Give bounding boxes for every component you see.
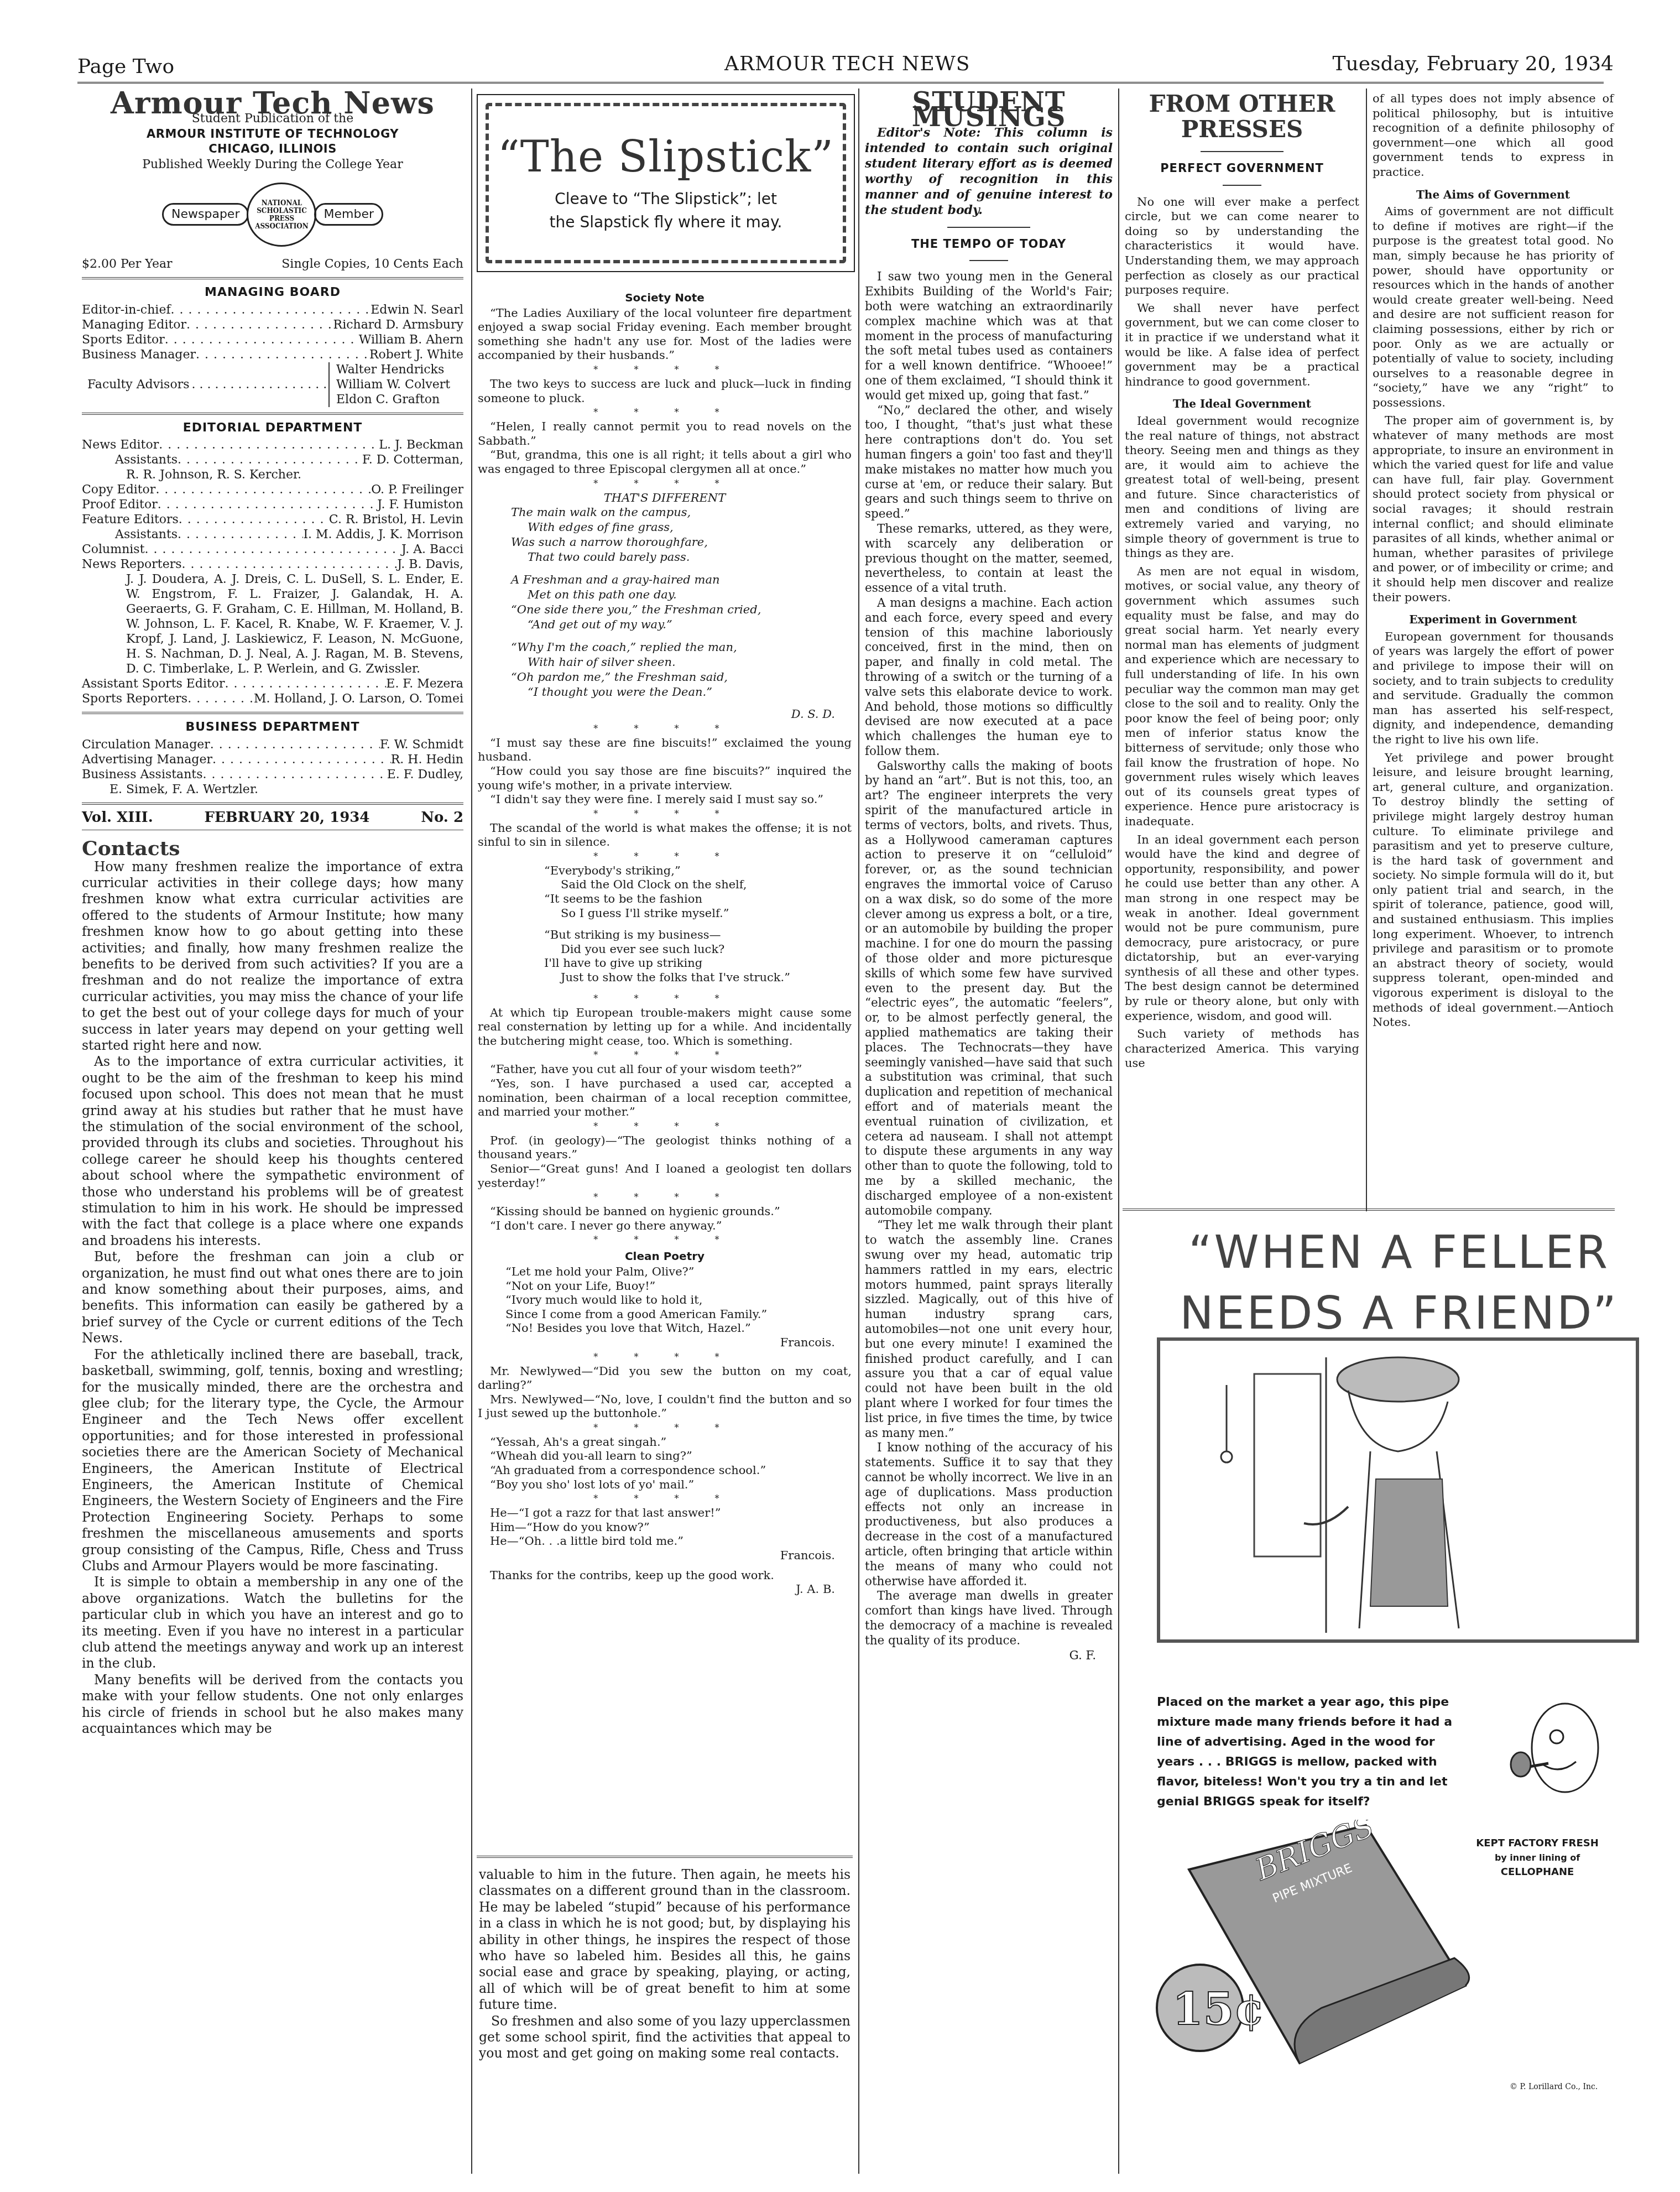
joke-luck: The two keys to success are luck and plu… [478,377,852,405]
paragraph: of all types does not imply absence of p… [1373,91,1614,180]
staff-role: Assistants [115,452,178,467]
column-divider [1118,88,1119,2174]
editors-note: Editor's Note: This column is intended t… [865,125,1113,218]
staff-role: News Editor [82,438,159,452]
ad-copyright: © P. Lorillard Co., Inc. [1510,2082,1598,2091]
joke-geologist: Senior—“Great guns! And I loaned a geolo… [478,1162,852,1190]
verse-line: “And get out of my way.” [511,617,852,632]
staff-name: F. D. Cotterman, [362,452,463,467]
page-number: Page Two [77,55,174,78]
staff-name: I. M. Addis, J. K. Morrison [303,527,463,542]
separator-stars: * * * * [478,808,852,820]
staff-row: AssistantsF. D. Cotterman, [82,452,463,467]
staff-role: Circulation Manager [82,737,210,752]
verse-line: “Let me hold your Palm, Olive?” [505,1265,852,1279]
paragraph: How many freshmen realize the importance… [82,859,463,1054]
clean-poetry-heading: Clean Poetry [478,1249,852,1264]
staff-name: J. A. Bacci [401,542,463,557]
verse-line: “Not on your Life, Buoy!” [505,1279,852,1294]
dialogue-line: Him—“How do you know?” [490,1521,852,1535]
perfect-government-article: No one will ever make a perfect circle, … [1125,195,1359,1071]
stanza: A Freshman and a gray-haired manMet on t… [511,572,852,632]
joke-biscuits: “How could you say those are fine biscui… [478,764,852,793]
verse-line: Did you ever see such luck? [544,943,852,957]
subscription-prices: $2.00 Per Year Single Copies, 10 Cents E… [82,257,463,272]
ad-copy: Placed on the market a year ago, this pi… [1157,1693,1467,1812]
staff-role: News Reporters [82,557,181,572]
paragraph: Galsworthy calls the making of boots by … [865,759,1113,1219]
article-signature: G. F. [865,1649,1113,1664]
paragraph: valuable to him in the future. Then agai… [479,1867,851,2013]
paragraph: But, before the freshman can join a club… [82,1249,463,1346]
column-divider [1366,88,1367,1211]
joke-biscuits: “I didn't say they were fine. I merely s… [478,793,852,807]
verse-line: “I thought you were the Dean.” [511,685,852,700]
issue-number: No. 2 [421,810,463,826]
staff-row: Feature EditorsC. R. Bristol, H. Levin [82,512,463,527]
staff-name: Edwin N. Searl [371,303,463,317]
contacts-article: How many freshmen realize the importance… [82,859,463,1737]
staff-role: Columnist [82,542,144,557]
paragraph: Many benefits will be derived from the c… [82,1672,463,1737]
poem-title: THAT'S DIFFERENT [478,491,852,506]
joke-european: At which tip European trouble-makers mig… [478,1006,852,1049]
clean-poetry: “Let me hold your Palm, Olive?”“Not on y… [478,1265,852,1336]
staff-role: Editor-in-chief [82,303,171,317]
verse-line: With hair of silver sheen. [511,655,852,670]
dialogue-line: “Boy you sho' lost lots of yo' mail.” [490,1478,852,1492]
paragraph: “No,” declared the other, and wisely too… [865,404,1113,522]
verse-line: Said the Old Clock on the shelf, [544,878,852,892]
staff-role: Advertising Manager [82,752,212,767]
student-musings-title: STUDENT MUSINGS [865,95,1113,125]
slipstick-motto: Cleave to “The Slipstick”; let the Slaps… [550,188,782,234]
ad-headline: “WHEN A FELLER NEEDS A FRIEND” [1156,1222,1642,1344]
masthead-title: Armour Tech News [82,96,463,111]
staff-name: J. F. Humiston [377,497,463,512]
staff-row: AssistantsI. M. Addis, J. K. Morrison [82,527,463,542]
paragraph: Such variety of methods has characterize… [1125,1027,1359,1071]
poem-signature: Francois. [478,1549,852,1563]
price-per-year: $2.00 Per Year [82,257,173,272]
subsection-heading: Experiment in Government [1373,612,1614,627]
staff-name: F. W. Schmidt [380,737,463,752]
quote-scandal: The scandal of the world is what makes t… [478,821,852,850]
paragraph: It is simple to obtain a membership in a… [82,1574,463,1672]
staff-row: News ReportersJ. B. Davis, [82,557,463,572]
verse-line: “Everybody's striking,” [544,864,852,878]
tempo-of-today-article: I saw two young men in the General Exhib… [865,270,1113,1648]
paragraph: In an ideal government each person would… [1125,832,1359,1024]
verse-line: “But striking is my business— [544,928,852,943]
verse-line: A Freshman and a gray-haired man [511,572,852,587]
staff-row: Proof EditorJ. F. Humiston [82,497,463,512]
joke-newlywed: Mr. Newlywed—“Did you sew the button on … [478,1365,852,1393]
tempo-of-today-heading: THE TEMPO OF TODAY [865,237,1113,252]
separator-stars: * * * * [478,851,852,863]
paragraph: Aims of government are not difficult to … [1373,204,1614,410]
paragraph: As men are not equal in wisdom, motives,… [1125,564,1359,829]
verse-line: “Ivory much would like to hold it, [505,1293,852,1308]
staff-role: Sports Editor [82,332,165,347]
perfect-government-heading: PERFECT GOVERNMENT [1125,161,1359,176]
paragraph: Yet privilege and power brought leisure,… [1373,751,1614,1030]
running-head: ARMOUR TECH NEWS [724,53,970,75]
joke-wisdom: “Yes, son. I have purchased a used car, … [478,1077,852,1120]
verse-line: I'll have to give up striking [544,956,852,971]
staff-role: Assistant Sports Editor [82,676,225,691]
separator-stars: * * * * [478,364,852,376]
other-presses-column-a: FROM OTHER PRESSES PERFECT GOVERNMENT No… [1125,91,1359,1074]
staff-name: Robert J. White [369,347,463,362]
separator-stars: * * * * [478,1191,852,1204]
staff-name: J. B. Davis, [397,557,463,572]
paragraph: So freshmen and also some of you lazy up… [479,2013,851,2062]
assistants-cont: R. R. Johnson, R. S. Kercher. [82,467,463,482]
briggs-tin-icon: BRIGGS PIPE MIXTURE 15¢ [1156,1820,1476,2074]
staff-name: R. H. Hedin [391,752,463,767]
paragraph: We shall never have perfect government, … [1125,301,1359,389]
column-divider [858,88,859,2174]
separator-stars: * * * * [478,407,852,419]
dialogue-line: “Wheah did you-all learn to sing?” [490,1449,852,1464]
ad-illustration-frame [1157,1337,1639,1643]
staff-name: William B. Ahern [359,332,463,347]
separator-stars: * * * * [478,723,852,735]
staff-row: Sports EditorWilliam B. Ahern [82,332,463,347]
verse-line: So I guess I'll strike myself.” [544,907,852,921]
separator-stars: * * * * [478,1234,852,1246]
staff-row: Managing EditorRichard D. Armsbury [82,317,463,332]
separator-stars: * * * * [478,1351,852,1363]
reporters-cont: J. J. Doudera, A. J. Dreis, C. L. DuSell… [82,572,463,676]
verse-line: “Why I'm the coach,” replied the man, [511,640,852,655]
badge-right-label: Member [314,203,383,226]
separator-stars: * * * * [478,993,852,1005]
staff-name: M. Holland, J. O. Larson, O. Tomei [254,691,463,706]
managing-board-heading: MANAGING BOARD [82,285,463,300]
joke-newlywed: Mrs. Newlywed—“No, love, I couldn't find… [478,1393,852,1421]
staff-row: Sports ReportersM. Holland, J. O. Larson… [82,691,463,706]
column-signature: J. A. B. [478,1582,852,1597]
joke-singah: “Yessah, Ah's a great singah.”“Wheah did… [478,1435,852,1492]
joke-geologist: Prof. (in geology)—“The geologist thinks… [478,1134,852,1162]
staff-row: Business AssistantsE. F. Dudley, [82,767,463,782]
staff-role: Managing Editor [82,317,186,332]
separator-stars: * * * * [478,1121,852,1133]
joke-kissing: “Kissing should be banned on hygienic gr… [478,1205,852,1219]
paragraph: A man designs a machine. Each action and… [865,596,1113,759]
joke-biscuits: “I must say these are fine biscuits!” ex… [478,736,852,764]
verse-line: “No! Besides you love that Witch, Hazel.… [505,1321,852,1336]
paragraph: These remarks, uttered, as they were, wi… [865,522,1113,596]
badge-left-label: Newspaper [162,203,249,226]
institute-name: ARMOUR INSTITUTE OF TECHNOLOGY [82,127,463,142]
stanza: “Everybody's striking,”Said the Old Cloc… [544,864,852,920]
staff-row: Copy EditorO. P. Freilinger [82,482,463,497]
section-rule [82,277,463,279]
masthead-column: Armour Tech News Student Publication of … [82,91,463,1737]
staff-name: Richard D. Armsbury [333,317,463,332]
column-thanks: Thanks for the contribs, keep up the goo… [478,1569,852,1583]
staff-name: L. J. Beckman [379,438,463,452]
dialogue-line: He—“I got a razz for that last answer!” [490,1506,852,1521]
staff-role: Proof Editor [82,497,158,512]
verse-line: With edges of fine grass, [511,520,852,535]
slipstick-column: Society Note “The Ladies Auxiliary of th… [478,288,852,1597]
section-rule [82,803,463,805]
business-assistants-cont: E. Simek, F. A. Wertzler. [82,782,463,797]
verse-line: Was such a narrow thoroughfare, [511,535,852,550]
staff-role: Copy Editor [82,482,155,497]
managing-board-list: Editor-in-chiefEdwin N. SearlManaging Ed… [82,303,463,362]
society-note-heading: Society Note [478,291,852,305]
joke-grandma: “But, grandma, this one is all right; it… [478,448,852,476]
ad-freshness-note: KEPT FACTORY FRESH by inner lining of CE… [1460,1836,1615,1879]
from-other-presses-title: FROM OTHER PRESSES [1125,91,1359,142]
issue-date: Tuesday, February 20, 1934 [1333,53,1614,75]
poem-signature: D. S. D. [478,707,852,722]
staff-role: Assistants [115,527,178,542]
verse-line: “Oh pardon me,” the Freshman said, [511,670,852,685]
paragraph: For the athletically inclined there are … [82,1347,463,1575]
pipe-smoker-face-icon [1504,1693,1604,1803]
paragraph: I know nothing of the accuracy of his st… [865,1441,1113,1589]
staff-name: O. P. Freilinger [371,482,463,497]
separator-stars: * * * * [478,1049,852,1061]
staff-row: Circulation ManagerF. W. Schmidt [82,737,463,752]
contacts-article-continued: valuable to him in the future. Then agai… [479,1867,851,2062]
business-list: Circulation ManagerF. W. SchmidtAdvertis… [82,737,463,782]
separator-stars: * * * * [478,1493,852,1505]
staff-name: E. F. Dudley, [387,767,463,782]
verse-line: Met on this path one day. [511,587,852,602]
slipstick-title: “The Slipstick” [498,132,834,182]
volume-number: Vol. XIII. [82,810,153,826]
faculty-advisors: Faculty Advisors . . . . . . . . . . . .… [82,362,463,407]
staff-row: Assistant Sports EditorE. F. Mezera [82,676,463,691]
verse-line: The main walk on the campus, [511,505,852,520]
contacts-headline: Contacts [82,841,463,857]
verse-line: “It seems to be the fashion [544,892,852,907]
staff-role: Business Assistants [82,767,202,782]
staff-role: Business Manager [82,347,196,362]
nspa-seal-icon: NATIONAL SCHOLASTIC PRESS ASSOCIATION [247,183,316,247]
editorial-heading: EDITORIAL DEPARTMENT [82,420,463,436]
student-musings-column: STUDENT MUSINGS Editor's Note: This colu… [865,95,1113,1663]
staff-row: News EditorL. J. Beckman [82,438,463,452]
volume-date: FEBRUARY 20, 1934 [204,810,369,826]
poem-old-clock: “Everybody's striking,”Said the Old Cloc… [478,864,852,985]
poem-thats-different: The main walk on the campus,With edges o… [478,505,852,700]
subsection-heading: The Aims of Government [1373,188,1614,202]
price-single-copy: Single Copies, 10 Cents Each [281,257,463,272]
other-presses-column-b: of all types does not imply absence of p… [1373,91,1614,1033]
paragraph: No one will ever make a perfect circle, … [1125,195,1359,298]
verse-line: That two could barely pass. [511,550,852,565]
dialogue-line: He—“Oh. . .a little bird told me.” [490,1534,852,1549]
slipstick-banner: “The Slipstick” Cleave to “The Slipstick… [477,94,855,272]
advisors-label: Faculty Advisors [82,377,189,392]
paragraph: The proper aim of government is, by what… [1373,413,1614,605]
separator-stars: * * * * [478,478,852,490]
joke-kissing: “I don't care. I never go there anyway.” [478,1219,852,1233]
joke-wisdom: “Father, have you cut all four of your w… [478,1063,852,1077]
institute-location: CHICAGO, ILLINOIS [82,142,463,157]
editorial-list: News EditorL. J. BeckmanAssistantsF. D. … [82,438,463,706]
paragraph: I saw two young men in the General Exhib… [865,270,1113,403]
section-rule [82,712,463,714]
advisors-names: Walter Hendricks William W. Colvert Eldo… [328,362,463,407]
header-rule [77,82,1604,84]
volume-line: Vol. XIII. FEBRUARY 20, 1934 No. 2 [82,810,463,826]
staff-row: Editor-in-chiefEdwin N. Searl [82,303,463,317]
verse-line: “One side there you,” the Freshman cried… [511,602,852,617]
paragraph: European government for thousands of yea… [1373,629,1614,747]
joke-razz: He—“I got a razz for that last answer!”H… [478,1506,852,1549]
staff-name: C. R. Bristol, H. Levin [329,512,463,527]
paragraph: As to the importance of extra curricular… [82,1054,463,1249]
stanza: “But striking is my business—Did you eve… [544,928,852,985]
joke-helen: “Helen, I really cannot permit you to re… [478,420,852,448]
svg-text:15¢: 15¢ [1172,1983,1265,2035]
publication-frequency: Published Weekly During the College Year [82,157,463,173]
staff-row: Advertising ManagerR. H. Hedin [82,752,463,767]
staff-row: ColumnistJ. A. Bacci [82,542,463,557]
nspa-member-badge: Newspaper NATIONAL SCHOLASTIC PRESS ASSO… [82,183,463,247]
verse-line: Since I come from a good American Family… [505,1308,852,1322]
column-divider [471,88,472,2174]
dialogue-line: “Yessah, Ah's a great singah.” [490,1435,852,1450]
staff-row: Business ManagerRobert J. White [82,347,463,362]
poem-signature: Francois. [478,1336,852,1350]
society-note-text: “The Ladies Auxiliary of the local volun… [478,306,852,363]
subsection-heading: The Ideal Government [1125,397,1359,412]
dialogue-line: “Ah graduated from a correspondence scho… [490,1464,852,1478]
man-at-door-illustration-icon [1160,1341,1629,1633]
separator-stars: * * * * [478,1422,852,1434]
staff-role: Feature Editors [82,512,179,527]
staff-role: Sports Reporters [82,691,187,706]
paragraph: “They let me walk through their plant to… [865,1219,1113,1441]
verse-line: Just to show the folks that I've struck.… [544,971,852,985]
paragraph: The average man dwells in greater comfor… [865,1589,1113,1648]
staff-name: E. F. Mezera [386,676,463,691]
business-heading: BUSINESS DEPARTMENT [82,720,463,735]
stanza: The main walk on the campus,With edges o… [511,505,852,565]
stanza: “Why I'm the coach,” replied the man,Wit… [511,640,852,700]
paragraph: Ideal government would recognize the rea… [1125,414,1359,561]
section-rule [82,413,463,415]
